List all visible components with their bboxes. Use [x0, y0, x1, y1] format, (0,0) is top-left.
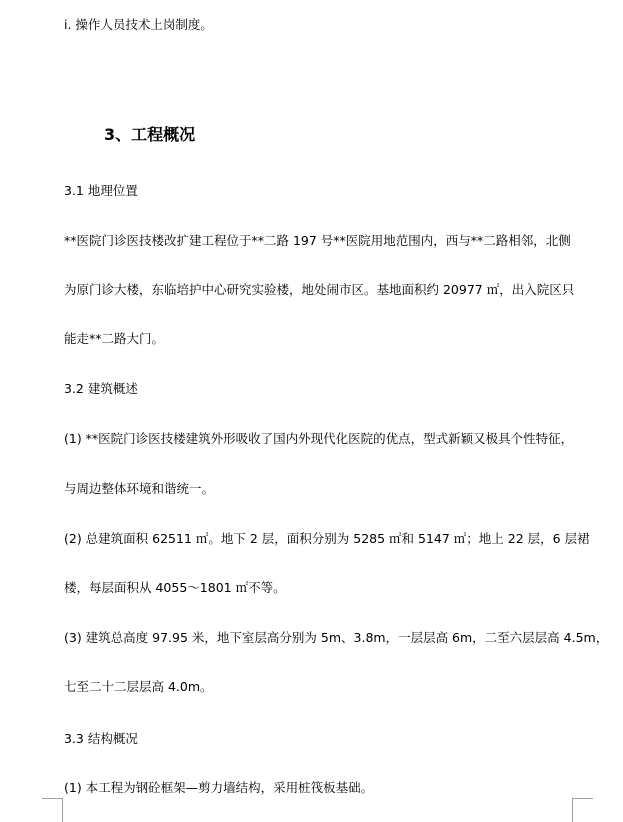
paragraph-line: 七至二十二层层高 4.0m。: [64, 679, 213, 695]
paragraph-line: 与周边整体环境和谐统一。: [64, 481, 214, 497]
paragraph-line: 能走**二路大门。: [64, 331, 164, 347]
section-heading-project-overview: 3、工程概况: [104, 122, 195, 145]
list-item-operator-certification: i. 操作人员技术上岗制度。: [64, 17, 213, 33]
page-margin-corner-left: [42, 798, 63, 822]
paragraph-line: (2) 总建筑面积 62511 ㎡。地下 2 层，面积分别为 5285 ㎡和 5…: [64, 531, 590, 547]
paragraph-line: (1) **医院门诊医技楼建筑外形吸收了国内外现代化医院的优点，型式新颖又极具个…: [64, 431, 573, 447]
paragraph-line: 楼，每层面积从 4055～1801 ㎡不等。: [64, 580, 286, 596]
paragraph-line: (3) 建筑总高度 97.95 米，地下室层高分别为 5m、3.8m，一层层高 …: [64, 630, 608, 646]
paragraph-line: 为原门诊大楼，东临培护中心研究实验楼，地处闹市区。基地面积约 20977 ㎡，出…: [64, 282, 574, 298]
paragraph-line: (1) 本工程为钢砼框架—剪力墙结构，采用桩筏板基础。: [64, 780, 373, 796]
subheading-architecture: 3.2 建筑概述: [64, 381, 138, 397]
page-margin-corner-right: [572, 798, 593, 822]
subheading-structure: 3.3 结构概况: [64, 731, 138, 747]
subheading-location: 3.1 地理位置: [64, 183, 138, 199]
paragraph-line: **医院门诊医技楼改扩建工程位于**二路 197 号**医院用地范围内，西与**…: [64, 233, 571, 249]
